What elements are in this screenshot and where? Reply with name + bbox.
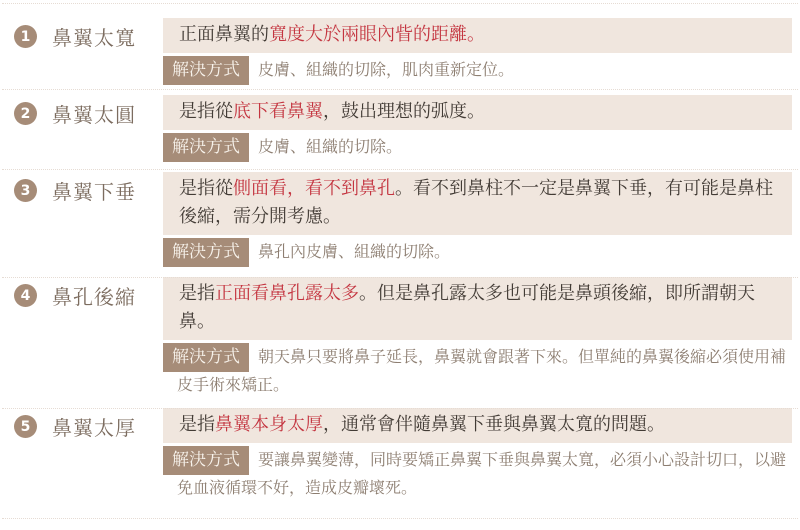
solution-text: 朝天鼻只要將鼻子延長，鼻翼就會跟著下來。但單純的鼻翼後縮必須使用補皮手術來矯正。 [177,347,786,394]
issue-number: 3 [21,183,31,199]
description-text: 是指從 [179,101,233,122]
description-text: ，鼓出理想的弧度。 [323,101,485,122]
description-highlight: 底下看鼻翼 [233,101,323,122]
issue-number: 5 [21,419,31,435]
issue-title: 鼻翼太圓 [52,99,136,128]
issue-item: 2 鼻翼太圓 是指從底下看鼻翼，鼓出理想的弧度。 解決方式皮膚、組織的切除。 [14,95,792,162]
issue-description: 是指正面看鼻孔露太多。但是鼻孔露太多也可能是鼻頭後縮，即所謂朝天鼻。 [163,277,792,340]
solution-text: 鼻孔內皮膚、組織的切除。 [258,242,450,261]
issue-number-badge: 3 [14,179,37,202]
issue-body: 是指正面看鼻孔露太多。但是鼻孔露太多也可能是鼻頭後縮，即所謂朝天鼻。 解決方式朝… [163,277,792,398]
dotted-separator [2,3,798,4]
issue-number-badge: 1 [14,25,37,48]
issue-number-badge: 4 [14,284,37,307]
description-text: 正面鼻翼的 [179,24,269,45]
issue-body: 正面鼻翼的寬度大於兩眼內眥的距離。 解決方式皮膚、組織的切除，肌肉重新定位。 [163,18,792,85]
issue-header: 1 鼻翼太寬 [14,18,163,51]
issue-header: 3 鼻翼下垂 [14,172,163,205]
description-text: 是指從 [179,178,233,199]
description-text: 是指 [179,283,215,304]
issue-header: 5 鼻翼太厚 [14,408,163,441]
description-highlight: 側面看，看不到鼻孔 [233,178,395,199]
description-highlight: 鼻翼本身太厚 [215,414,323,435]
dotted-separator [2,408,798,409]
issue-number: 1 [21,29,31,45]
issue-number-badge: 5 [14,415,37,438]
issue-title: 鼻翼太厚 [52,412,136,441]
issue-item: 4 鼻孔後縮 是指正面看鼻孔露太多。但是鼻孔露太多也可能是鼻頭後縮，即所謂朝天鼻… [14,277,792,398]
solution-label: 解決方式 [163,446,249,475]
issue-header: 4 鼻孔後縮 [14,277,163,310]
issue-title: 鼻孔後縮 [52,281,136,310]
nose-wing-issues-infographic: 1 鼻翼太寬 正面鼻翼的寬度大於兩眼內眥的距離。 解決方式皮膚、組織的切除，肌肉… [0,0,800,530]
description-highlight: 正面看鼻孔露太多 [215,283,359,304]
issue-item: 1 鼻翼太寬 正面鼻翼的寬度大於兩眼內眥的距離。 解決方式皮膚、組織的切除，肌肉… [14,18,792,85]
issue-list: 1 鼻翼太寬 正面鼻翼的寬度大於兩眼內眥的距離。 解決方式皮膚、組織的切除，肌肉… [14,18,792,501]
description-highlight: 寬度大於兩眼內眥的距離。 [269,24,485,45]
issue-number: 2 [21,106,31,122]
solution-text: 皮膚、組織的切除。 [258,137,402,156]
solution-text: 要讓鼻翼變薄，同時要矯正鼻翼下垂與鼻翼太寬，必須小心設計切口，以避免血液循環不好… [177,450,786,497]
issue-number: 4 [21,288,31,304]
issue-description: 是指從底下看鼻翼，鼓出理想的弧度。 [163,95,792,130]
issue-body: 是指從底下看鼻翼，鼓出理想的弧度。 解決方式皮膚、組織的切除。 [163,95,792,162]
dotted-separator [2,169,798,170]
description-text: 是指 [179,414,215,435]
issue-solution: 解決方式皮膚、組織的切除。 [163,133,792,162]
issue-solution: 解決方式要讓鼻翼變薄，同時要矯正鼻翼下垂與鼻翼太寬，必須小心設計切口，以避免血液… [163,446,792,501]
dotted-separator [2,518,798,519]
issue-item: 5 鼻翼太厚 是指鼻翼本身太厚，通常會伴隨鼻翼下垂與鼻翼太寬的問題。 解決方式要… [14,408,792,501]
issue-solution: 解決方式朝天鼻只要將鼻子延長，鼻翼就會跟著下來。但單純的鼻翼後縮必須使用補皮手術… [163,343,792,398]
issue-title: 鼻翼下垂 [52,176,136,205]
issue-title: 鼻翼太寬 [52,22,136,51]
description-text: ，通常會伴隨鼻翼下垂與鼻翼太寬的問題。 [323,414,665,435]
issue-number-badge: 2 [14,102,37,125]
issue-body: 是指鼻翼本身太厚，通常會伴隨鼻翼下垂與鼻翼太寬的問題。 解決方式要讓鼻翼變薄，同… [163,408,792,501]
solution-label: 解決方式 [163,238,249,267]
issue-body: 是指從側面看，看不到鼻孔。看不到鼻柱不一定是鼻翼下垂，有可能是鼻柱後縮，需分開考… [163,172,792,267]
issue-header: 2 鼻翼太圓 [14,95,163,128]
issue-item: 3 鼻翼下垂 是指從側面看，看不到鼻孔。看不到鼻柱不一定是鼻翼下垂，有可能是鼻柱… [14,172,792,267]
issue-solution: 解決方式皮膚、組織的切除，肌肉重新定位。 [163,56,792,85]
issue-description: 是指從側面看，看不到鼻孔。看不到鼻柱不一定是鼻翼下垂，有可能是鼻柱後縮，需分開考… [163,172,792,235]
dotted-separator [2,89,798,90]
issue-solution: 解決方式鼻孔內皮膚、組織的切除。 [163,238,792,267]
issue-description: 是指鼻翼本身太厚，通常會伴隨鼻翼下垂與鼻翼太寬的問題。 [163,408,792,443]
solution-label: 解決方式 [163,56,249,85]
solution-text: 皮膚、組織的切除，肌肉重新定位。 [258,60,514,79]
solution-label: 解決方式 [163,133,249,162]
dotted-separator [2,277,798,278]
solution-label: 解決方式 [163,343,249,372]
issue-description: 正面鼻翼的寬度大於兩眼內眥的距離。 [163,18,792,53]
